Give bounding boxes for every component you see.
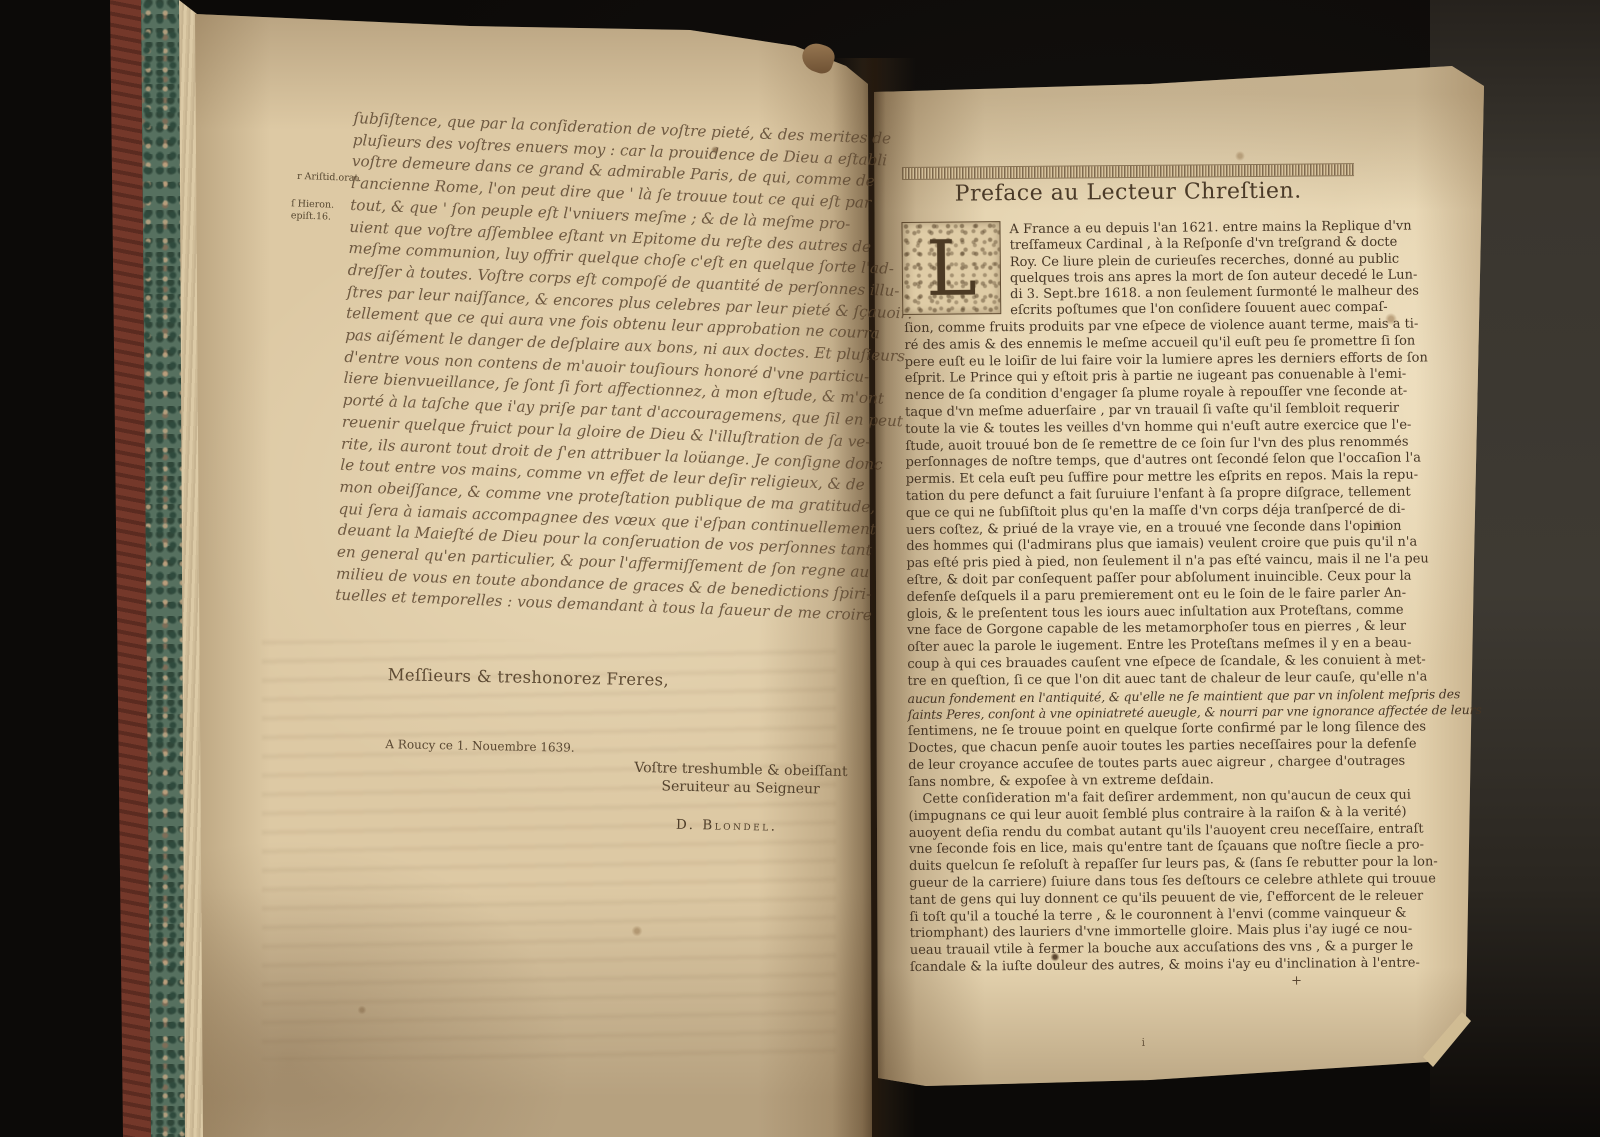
epistle-paragraph: ſubſiſtence, que par la conſideration de… xyxy=(335,108,848,626)
preface-second-paragraph: Cette conſideration m'a fait deſirer ard… xyxy=(908,788,1373,977)
margin-note: ſ Hieron. epiſt.16. xyxy=(291,198,335,223)
salutation: Meſſieurs & treshonorez Freres, xyxy=(388,665,670,689)
author-signature: D. Blondel. xyxy=(676,817,778,835)
page-title: Preface au Lecteur Chreſtien. xyxy=(902,178,1354,207)
text-line: ſcandale & la iuſte douleur des autres, … xyxy=(910,956,1373,977)
dateline: A Roucy ce 1. Nouembre 1639. xyxy=(385,737,575,755)
epistle-closing: Meſſieurs & treshonorez Freres, A Roucy … xyxy=(376,660,849,854)
preface-opening-lines: A France a eu depuis l'an 1621. entre ma… xyxy=(1009,219,1350,320)
drop-cap-letter: L xyxy=(926,230,977,306)
preface-body-lines: ſion, comme fruits produits par vne eſpe… xyxy=(904,317,1371,791)
valediction: Voſtre treshumble & obeiſſant Seruiteur … xyxy=(633,760,848,799)
drop-cap: L xyxy=(901,221,1001,315)
preface-page-content: Preface au Lecteur Chreſtien. L A France… xyxy=(875,0,1430,1137)
book-photo: r Ariſtid.orat. ſ Hieron. epiſt.16. ſubſ… xyxy=(0,0,1600,1137)
ornament-band xyxy=(902,163,1354,180)
footer-mark: i xyxy=(1142,1036,1146,1049)
signature-mark: + xyxy=(1291,974,1302,989)
valediction-line: Seruiteur au Seigneur xyxy=(633,777,847,799)
margin-note-line: epiſt.16. xyxy=(291,210,334,223)
